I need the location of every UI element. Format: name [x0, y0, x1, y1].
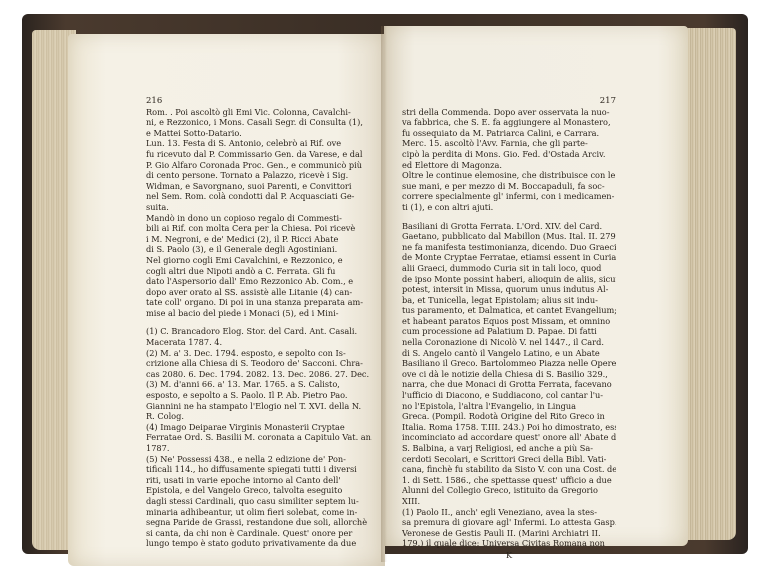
- text-line: stri della Commenda. Dopo aver osservata…: [402, 107, 616, 118]
- text-line: suita.: [146, 202, 372, 213]
- text-line: alii Graeci, dummodo Curia sit in tali l…: [402, 263, 616, 274]
- page-edges-right: [686, 28, 736, 540]
- text-line: ed Elettore di Magonza.: [402, 160, 616, 171]
- text-line: cogli altri due Nipoti andò a C. Ferrata…: [146, 266, 372, 277]
- text-line: dagli stessi Cardinali, quo casu similit…: [146, 496, 372, 507]
- text-line: di S. Angelo cantò il Vangelo Latino, e …: [402, 348, 616, 359]
- text-line: 1. di Sett. 1586., che spettasse quest' …: [402, 475, 616, 486]
- text-line: crizione alla Chiesa di S. Teodoro de' S…: [146, 358, 372, 369]
- text-line: cana, finchè fu stabilito da Sisto V. co…: [402, 464, 616, 475]
- text-line: XIII.: [402, 496, 616, 507]
- text-line: de Monte Cryptae Ferratae, etiamsi essen…: [402, 252, 616, 263]
- text-line: cas 2080. 6. Dec. 1794. 2082. 13. Dec. 2…: [146, 369, 372, 380]
- text-line: ove ci dà le notizie della Chiesa di S. …: [402, 369, 616, 380]
- text-line: P. Gio Alfaro Coronada Proc. Gen., e com…: [146, 160, 372, 171]
- text-line: narra, che due Monaci di Grotta Ferrata,…: [402, 379, 616, 390]
- text-line: tus paramento, et Dalmatica, et cantet E…: [402, 305, 616, 316]
- text-line: esposto, e sepolto a S. Paolo. Il P. Ab.…: [146, 390, 372, 401]
- text-line: minaria adhibeantur, ut olim fieri soleb…: [146, 507, 372, 518]
- text-line: cipò la perdita di Mons. Gio. Fed. d'Ost…: [402, 149, 616, 160]
- text-line: Italia. Roma 1758. T.III. 243.) Poi ho d…: [402, 422, 616, 433]
- text-line: Oltre le continue elemosine, che distrib…: [402, 170, 616, 181]
- text-line: ba, et Tunicella, legat Epistolam; alius…: [402, 295, 616, 306]
- text-line: R. Colog.: [146, 411, 372, 422]
- text-line: incominciato ad accordare quest' onore a…: [402, 432, 616, 443]
- text-line: di S. Paolo (3), e il Generale degli Ago…: [146, 244, 372, 255]
- text-line: 179.) il quale dice: Universa Civitas Ro…: [402, 538, 616, 549]
- right-page-text: 217 stri della Commenda. Dopo aver osser…: [402, 96, 616, 561]
- left-footnotes: (1) C. Brancadoro Elog. Stor. del Card. …: [146, 326, 372, 548]
- text-line: correre specialmente gl' infermi, con i …: [402, 191, 616, 202]
- text-line: Veronese de Gestis Pauli II. (Marini Arc…: [402, 528, 616, 539]
- text-line: Giannini ne ha stampato l'Elogio nel T. …: [146, 401, 372, 412]
- text-line: et habeant paratos Equos post Missam, et…: [402, 316, 616, 327]
- text-line: Merc. 15. ascoltò l'Avv. Farnia, che gli…: [402, 138, 616, 149]
- text-line: mise al bacio del piede i Monaci (5), ed…: [146, 308, 372, 319]
- text-line: fu ricevuto dal P. Commissario Gen. da V…: [146, 149, 372, 160]
- text-line: Basiliani di Grotta Ferrata. L'Ord. XIV.…: [402, 221, 616, 232]
- text-line: Epistola, e del Vangelo Greco, talvolta …: [146, 485, 372, 496]
- text-line: Alunni del Collegio Greco, istituito da …: [402, 485, 616, 496]
- left-page-text: 216 Rom. . Poi ascoltò gli Emi Vic. Colo…: [146, 96, 372, 549]
- right-body: stri della Commenda. Dopo aver osservata…: [402, 107, 616, 213]
- text-line: tate coll' organo. Di poi in una stanza …: [146, 297, 372, 308]
- text-line: ti (1), e con altri ajuti.: [402, 202, 616, 213]
- text-line: bili ai Rif. con molta Cera per la Chies…: [146, 223, 372, 234]
- text-line: S. Balbina, a varj Religiosi, ed anche a…: [402, 443, 616, 454]
- text-line: (1) Paolo II., anch' egli Veneziano, ave…: [402, 507, 616, 518]
- text-line: si canta, da chi non è Cardinale. Quest'…: [146, 528, 372, 539]
- text-line: l'ufficio di Diacono, e Suddiacono, col …: [402, 390, 616, 401]
- right-footnotes: Basiliani di Grotta Ferrata. L'Ord. XIV.…: [402, 221, 616, 549]
- text-line: cum processione ad Palatium D. Papae. Di…: [402, 326, 616, 337]
- text-line: Lun. 13. Festa di S. Antonio, celebrò ai…: [146, 138, 372, 149]
- text-line: Mandò in dono un copioso regalo di Comme…: [146, 213, 372, 224]
- text-line: ni, e Rezzonico, i Mons. Casali Segr. di…: [146, 117, 372, 128]
- book-gutter: [381, 26, 387, 562]
- text-line: riti, usati in varie epoche intorno al C…: [146, 475, 372, 486]
- text-line: Widman, e Savorgnano, suoi Parenti, e Co…: [146, 181, 372, 192]
- text-line: e Mattei Sotto-Datario.: [146, 128, 372, 139]
- text-line: (2) M. a' 3. Dec. 1794. esposto, e sepol…: [146, 348, 372, 359]
- page-number: 217: [600, 96, 616, 107]
- page-number: 216: [146, 96, 162, 107]
- text-line: Ferratae Ord. S. Basilii M. coronata a C…: [146, 432, 372, 443]
- text-line: Greca. (Pompil. Rodotà Origine del Rito …: [402, 411, 616, 422]
- text-line: segna Paride de Grassi, restandone due s…: [146, 517, 372, 528]
- text-line: Gaetano, pubblicato dal Mabillon (Mus. I…: [402, 231, 616, 242]
- text-line: Nel giorno cogli Emi Cavalchini, e Rezzo…: [146, 255, 372, 266]
- text-line: (4) Imago Deiparae Virginis Monasterii C…: [146, 422, 372, 433]
- text-line: cerdoti Secolari, e Scrittori Greci dell…: [402, 454, 616, 465]
- text-line: (5) Ne' Possessi 438., e nella 2 edizion…: [146, 454, 372, 465]
- text-line: di cento persone. Tornato a Palazzo, ric…: [146, 170, 372, 181]
- text-line: nella Coronazione di Nicolò V. nel 1447.…: [402, 337, 616, 348]
- text-line: i M. Negroni, e de' Medici (2), il P. Ri…: [146, 234, 372, 245]
- text-line: dato l'Aspersorio dall' Emo Rezzonico Ab…: [146, 276, 372, 287]
- text-line: fu ossequiato da M. Patriarca Calini, e …: [402, 128, 616, 139]
- text-line: Macerata 1787. 4.: [146, 337, 372, 348]
- signature-mark: K: [402, 550, 616, 561]
- text-line: potest, intersit in Missa, quorum unus i…: [402, 284, 616, 295]
- text-line: lungo tempo è stato goduto privativament…: [146, 538, 372, 549]
- text-line: sue mani, e per mezzo di M. Boccapaduli,…: [402, 181, 616, 192]
- text-line: de ipso Monte possint haberi, alioquin d…: [402, 274, 616, 285]
- text-line: va fabbrica, che S. E. fa aggiungere al …: [402, 117, 616, 128]
- text-line: tificali 114., ho diffusamente spiegati …: [146, 464, 372, 475]
- text-line: Rom. . Poi ascoltò gli Emi Vic. Colonna,…: [146, 107, 372, 118]
- text-line: no l'Epistola, l'altra l'Evangelio, in L…: [402, 401, 616, 412]
- text-line: (3) M. d'anni 66. a' 13. Mar. 1765. a S.…: [146, 379, 372, 390]
- left-body: Rom. . Poi ascoltò gli Emi Vic. Colonna,…: [146, 107, 372, 319]
- text-line: Basiliano il Greco. Bartolommeo Piazza n…: [402, 358, 616, 369]
- text-line: 1787.: [146, 443, 372, 454]
- text-line: ne fa manifesta testimonianza, dicendo. …: [402, 242, 616, 253]
- text-line: sa premura di giovare agl' Infermi. Lo a…: [402, 517, 616, 528]
- text-line: (1) C. Brancadoro Elog. Stor. del Card. …: [146, 326, 372, 337]
- text-line: nel Sem. Rom. colà condotti dal P. Acqua…: [146, 191, 372, 202]
- text-line: dopo aver orato al SS. assistè alle Lita…: [146, 287, 372, 298]
